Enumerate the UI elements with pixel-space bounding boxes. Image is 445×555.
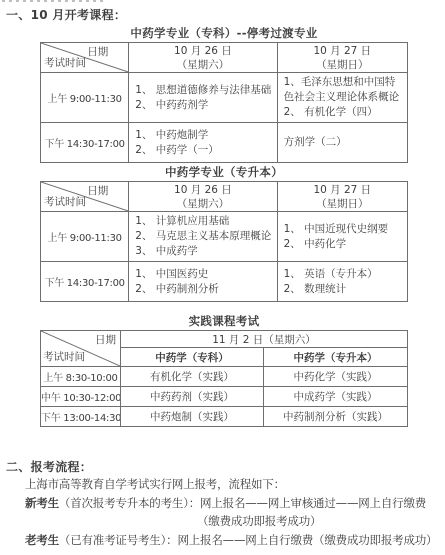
- time-cell: 中午 10:30-12:00: [41, 387, 121, 407]
- table2-block: 中药学专业（专升本） 日期 考试时间 10 月 26 日 （星期六） 10 月 …: [40, 165, 408, 302]
- table2-corner-cell: 日期 考试时间: [41, 182, 129, 212]
- corner-time-label: 考试时间: [44, 55, 86, 70]
- table2-header-oct27: 10 月 27 日 （星期日）: [277, 182, 407, 212]
- course-cell: 中药化学（实践）: [264, 367, 408, 387]
- table1-header-oct26: 10 月 26 日 （星期六）: [129, 43, 277, 73]
- corner-time-label: 考试时间: [44, 194, 86, 209]
- table2-title: 中药学专业（专升本）: [40, 165, 408, 180]
- table-row: 上午 8:30-10:00 有机化学（实践） 中药化学（实践）: [41, 367, 408, 387]
- time-cell: 下午 13:00-14:30: [41, 407, 121, 427]
- new-student-label: 新考生: [25, 496, 59, 510]
- table3-practice-schedule: 日期 考试时间 11 月 2 日（星期六） 中药学（专科） 中药学（专升本） 上…: [40, 330, 408, 427]
- course-cell: 中药炮制（实践）: [121, 407, 264, 427]
- table-row: 下午 13:00-14:30 中药炮制（实践） 中药制剂分析（实践）: [41, 407, 408, 427]
- time-cell: 下午 14:30-17:00: [41, 123, 129, 163]
- corner-time-label: 考试时间: [43, 349, 85, 364]
- table2-header-oct26: 10 月 26 日 （星期六）: [129, 182, 277, 212]
- table3-block: 实践课程考试 日期 考试时间 11 月 2 日（星期六） 中药学（专科） 中药学…: [40, 314, 408, 427]
- course-cell: 1、 中国医药史 2、 中药制剂分析: [129, 262, 277, 302]
- course-cell: 1、 思想道德修养与法律基础 2、 中药药剂学: [129, 73, 277, 123]
- old-student-label: 老考生: [25, 533, 59, 547]
- course-cell: 1、 中药炮制学 2、 中药学（一）: [129, 123, 277, 163]
- clipped-text-top: [2, 0, 106, 2]
- new-student-flow: （首次报考专升本的考生）：网上报名——网上审核通过——网上自行缴费: [59, 496, 426, 510]
- corner-date-label: 日期: [87, 44, 108, 59]
- course-cell: 中药制剂分析（实践）: [264, 407, 408, 427]
- time-cell: 上午 8:30-10:00: [41, 367, 121, 387]
- table1-title: 中药学专业（专科）--停考过渡专业: [40, 26, 408, 41]
- table3-date-header: 11 月 2 日（星期六）: [121, 331, 408, 348]
- corner-date-label: 日期: [87, 183, 108, 198]
- table2-exam-schedule: 日期 考试时间 10 月 26 日 （星期六） 10 月 27 日 （星期日） …: [40, 181, 408, 302]
- process-old-student-line: 老考生（已有准考证号考生）：网上报名——网上自行缴费（缴费成功即报考成功）: [25, 531, 445, 550]
- table3-corner-cell: 日期 考试时间: [41, 331, 121, 367]
- course-cell: 1、毛泽东思想和中国特色社会主义理论体系概论 2、 有机化学（四）: [277, 73, 407, 123]
- course-cell: 1、 中国近现代史纲要 2、 中药化学: [277, 212, 407, 262]
- course-cell: 中药药剂（实践）: [121, 387, 264, 407]
- time-cell: 上午 9:00-11:30: [41, 73, 129, 123]
- course-cell: 中成药学（实践）: [264, 387, 408, 407]
- process-new-student-note: （缴费成功即报考成功）: [197, 512, 445, 531]
- table-row: 下午 14:30-17:00 1、 中药炮制学 2、 中药学（一） 方剂学（二）: [41, 123, 408, 163]
- table-row: 上午 9:00-11:30 1、 思想道德修养与法律基础 2、 中药药剂学 1、…: [41, 73, 408, 123]
- document-page: 一、10 月开考课程： 中药学专业（专科）--停考过渡专业 日期 考试时间 10…: [0, 7, 445, 549]
- table-row: 中午 10:30-12:00 中药药剂（实践） 中成药学（实践）: [41, 387, 408, 407]
- section1-heading: 一、10 月开考课程：: [6, 7, 445, 23]
- table3-header-zhuanke: 中药学（专科）: [121, 348, 264, 367]
- process-new-student-line: 新考生（首次报考专升本的考生）：网上报名——网上审核通过——网上自行缴费: [25, 494, 445, 513]
- course-cell: 有机化学（实践）: [121, 367, 264, 387]
- table-row: 下午 14:30-17:00 1、 中国医药史 2、 中药制剂分析 1、 英语（…: [41, 262, 408, 302]
- course-cell: 1、 英语（专升本） 2、 数理统计: [277, 262, 407, 302]
- process-intro: 上海市高等教育自学考试实行网上报考，流程如下：: [25, 475, 445, 494]
- table1-exam-schedule: 日期 考试时间 10 月 26 日 （星期六） 10 月 27 日 （星期日） …: [40, 42, 408, 163]
- course-cell: 方剂学（二）: [277, 123, 407, 163]
- old-student-flow: （已有准考证号考生）：网上报名——网上自行缴费（缴费成功即报考成功）: [59, 533, 437, 547]
- table1-corner-cell: 日期 考试时间: [41, 43, 129, 73]
- course-cell: 1、 计算机应用基础 2、 马克思主义基本原理概论 3、 中成药学: [129, 212, 277, 262]
- table3-title: 实践课程考试: [40, 314, 408, 329]
- table3-header-zhuanshengben: 中药学（专升本）: [264, 348, 408, 367]
- corner-date-label: 日期: [95, 332, 116, 347]
- table-row: 上午 9:00-11:30 1、 计算机应用基础 2、 马克思主义基本原理概论 …: [41, 212, 408, 262]
- table1-header-oct27: 10 月 27 日 （星期日）: [277, 43, 407, 73]
- time-cell: 上午 9:00-11:30: [41, 212, 129, 262]
- time-cell: 下午 14:30-17:00: [41, 262, 129, 302]
- section2-heading: 二、报考流程：: [6, 459, 445, 475]
- table1-block: 中药学专业（专科）--停考过渡专业 日期 考试时间 10 月 26 日 （星期六…: [40, 26, 408, 163]
